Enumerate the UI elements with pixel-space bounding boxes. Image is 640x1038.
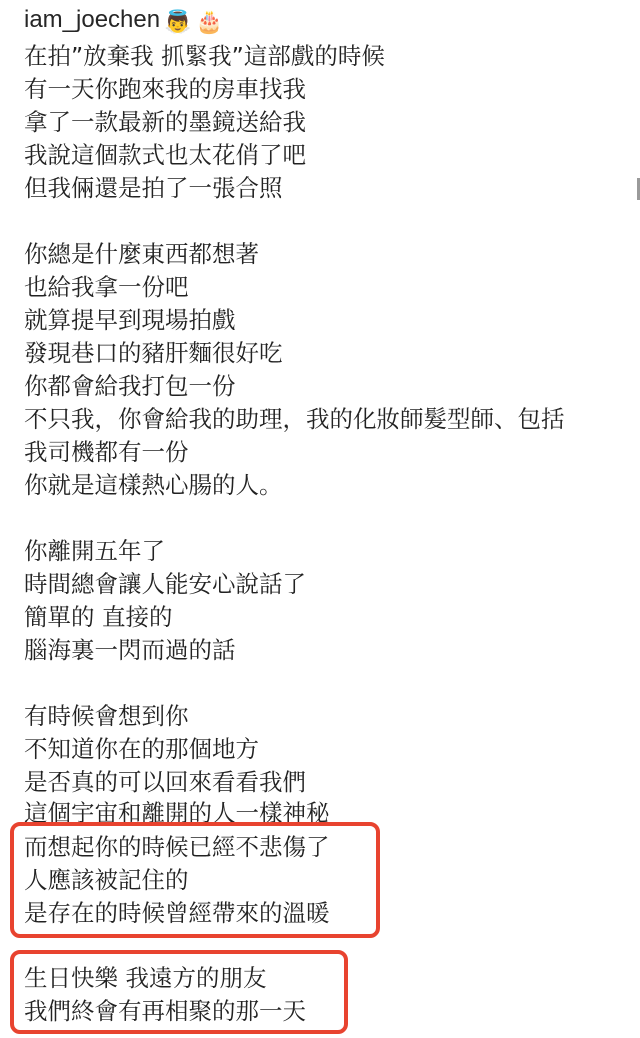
username-row: iam_joechen👼🎂 (24, 4, 223, 38)
caption-line: 人應該被記住的 (24, 864, 189, 896)
caption-line: 你就是這樣熱心腸的人。 (24, 469, 283, 501)
caption-line: 而想起你的時候已經不悲傷了 (24, 831, 330, 863)
caption-line: 時間總會讓人能安心說話了 (24, 568, 306, 600)
angel-emoji-icon: 👼 (164, 6, 191, 38)
caption-line: 有一天你跑來我的房車找我 (24, 73, 306, 105)
caption-line: 你離開五年了 (24, 535, 165, 567)
caption-line: 發現巷口的豬肝麵很好吃 (24, 337, 283, 369)
caption-line: 我司機都有一份 (24, 436, 189, 468)
caption-line: 拿了一款最新的墨鏡送給我 (24, 106, 306, 138)
caption-line: 不知道你在的那個地方 (24, 733, 259, 765)
caption-line: 是否真的可以回來看看我們 (24, 766, 306, 798)
caption-line: 是存在的時候曾經帶來的溫暖 (24, 897, 330, 929)
caption-line: 也給我拿一份吧 (24, 271, 189, 303)
birthday-cake-emoji-icon: 🎂 (196, 6, 223, 38)
caption-line: 生日快樂 我遠方的朋友 (24, 962, 266, 994)
caption-line: 就算提早到現場拍戲 (24, 304, 236, 336)
caption-line: 我們終會有再相聚的那一天 (24, 995, 306, 1027)
caption-line: 簡單的 直接的 (24, 601, 172, 633)
caption-line: 你總是什麼東西都想著 (24, 238, 259, 270)
caption-line: 你都會給我打包一份 (24, 370, 236, 402)
caption-line: 我說這個款式也太花俏了吧 (24, 139, 306, 171)
caption-line: 有時候會想到你 (24, 700, 189, 732)
caption-line: 但我倆還是拍了一張合照 (24, 172, 283, 204)
username-link[interactable]: iam_joechen (24, 6, 160, 33)
caption-line: 腦海裏一閃而過的話 (24, 634, 236, 666)
caption-line: 不只我，你會給我的助理，我的化妝師髮型師、包括 (24, 403, 565, 435)
caption-line: 在拍”放棄我 抓緊我”這部戲的時候 (24, 40, 385, 72)
